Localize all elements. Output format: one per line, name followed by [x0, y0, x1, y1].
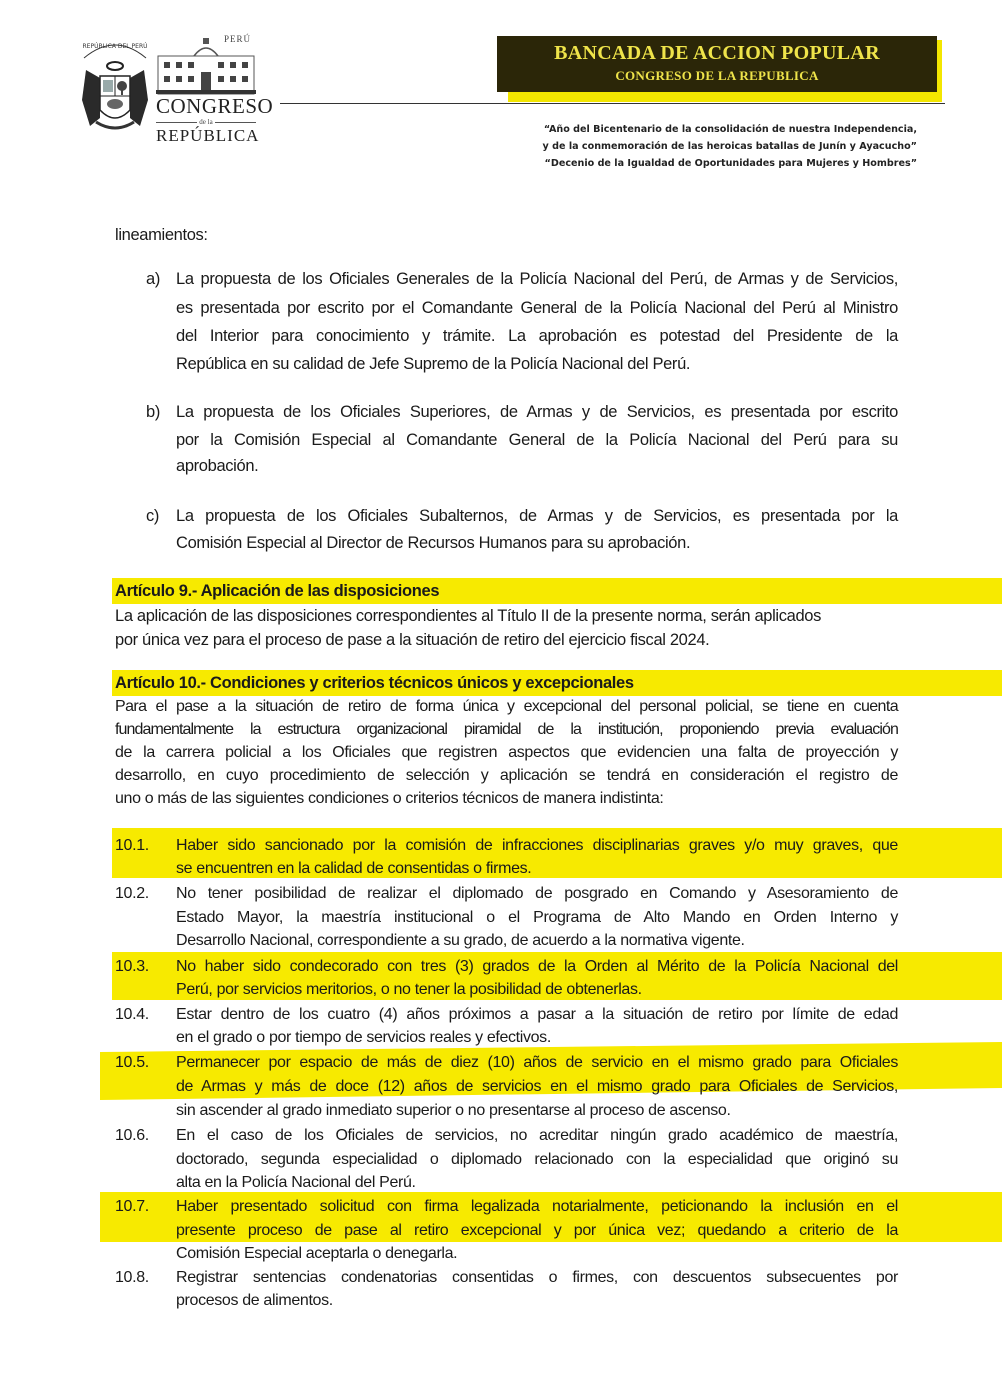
criterion-10-2-line: Estado Mayor, la maestría institucional …	[176, 906, 898, 929]
item-a-line: es presentada por escrito por el Comanda…	[176, 295, 898, 321]
criterion-10-6-line: doctorado, segunda especialidad o diplom…	[176, 1148, 898, 1171]
article-10-heading: Artículo 10.- Condiciones y criterios té…	[115, 670, 634, 696]
criterion-10-7-line: Comisión Especial aceptarla o denegarla.	[176, 1242, 457, 1265]
item-label: c)	[146, 503, 159, 529]
peru-tag: PERÚ	[224, 34, 251, 44]
coat-of-arms-icon: REPÚBLICA DEL PERÚ	[76, 30, 154, 138]
criterion-label: 10.2.	[115, 882, 149, 905]
criterion-10-3-line: Perú, por servicios meritorios, o no ten…	[176, 978, 642, 1001]
item-b-line: por la Comisión Especial al Comandante G…	[176, 427, 898, 453]
criterion-label: 10.1.	[115, 834, 149, 857]
article-10-line: de la carrera policial a los Oficiales q…	[115, 741, 898, 764]
criterion-10-6-line: alta en la Policía Nacional del Perú.	[176, 1171, 416, 1194]
item-label: b)	[146, 399, 160, 425]
article-9-heading: Artículo 9.- Aplicación de las disposici…	[115, 578, 439, 604]
criterion-label: 10.8.	[115, 1266, 149, 1289]
criterion-10-4-line: Estar dentro de los cuatro (4) años próx…	[176, 1003, 898, 1026]
item-c-line: Comisión Especial al Director de Recurso…	[176, 530, 690, 556]
criterion-label: 10.5.	[115, 1051, 149, 1074]
item-label: a)	[146, 266, 160, 292]
article-9-line: por única vez para el proceso de pase a …	[115, 627, 709, 653]
article-10-line: fundamentalmente la estructura organizac…	[115, 718, 898, 741]
article-10-line: Para el pase a la situación de retiro de…	[115, 695, 898, 718]
banner-subtitle: CONGRESO DE LA REPUBLICA	[497, 68, 937, 84]
criterion-10-5-line: sin ascender al grado inmediato superior…	[176, 1099, 731, 1122]
criterion-10-2-line: No tener posibilidad de realizar el dipl…	[176, 882, 898, 905]
criterion-10-7-line: Haber presentado solicitud con firma leg…	[176, 1195, 898, 1218]
criterion-10-7-line: presente proceso de pase al retiro excep…	[176, 1219, 898, 1242]
de-la-text: de la	[156, 118, 256, 126]
criterion-10-5-line: Permanecer por espacio de más de diez (1…	[176, 1051, 898, 1074]
criterion-10-8-line: Registrar sentencias condenatorias conse…	[176, 1266, 898, 1289]
item-b-line: aprobación.	[176, 453, 258, 479]
criterion-10-1-line: se encuentren en la calidad de consentid…	[176, 857, 531, 880]
motto-line-2: y de la conmemoración de las heroicas ba…	[505, 141, 917, 152]
article-10-line: uno o más de las siguientes condiciones …	[115, 787, 664, 810]
item-b-line: La propuesta de los Oficiales Superiores…	[176, 399, 898, 425]
article-9-line: La aplicación de las disposiciones corre…	[115, 603, 821, 629]
header-rule	[280, 103, 945, 104]
congress-logo: REPÚBLICA DEL PERÚ PERÚ CONGRESO de la R…	[76, 30, 266, 145]
item-a-line: La propuesta de los Oficiales Generales …	[176, 266, 898, 292]
item-a-line: del Interior para conocimiento y trámite…	[176, 323, 898, 349]
item-c-line: La propuesta de los Oficiales Subalterno…	[176, 503, 898, 529]
criterion-10-1-line: Haber sido sancionado por la comisión de…	[176, 834, 898, 857]
criterion-label: 10.4.	[115, 1003, 149, 1026]
svg-text:REPÚBLICA DEL PERÚ: REPÚBLICA DEL PERÚ	[82, 43, 147, 50]
motto-line-1: “Año del Bicentenario de la consolidació…	[505, 124, 917, 135]
criterion-10-8-line: procesos de alimentos.	[176, 1289, 333, 1312]
congress-building-icon	[156, 36, 256, 96]
congreso-wordmark: CONGRESO	[156, 94, 273, 119]
criterion-label: 10.3.	[115, 955, 149, 978]
motto-line-3: “Decenio de la Igualdad de Oportunidades…	[505, 158, 917, 169]
republica-wordmark: REPÚBLICA	[156, 126, 259, 146]
intro-text: lineamientos:	[115, 222, 208, 248]
criterion-10-3-line: No haber sido condecorado con tres (3) g…	[176, 955, 898, 978]
criterion-label: 10.6.	[115, 1124, 149, 1147]
criterion-10-5-line: de Armas y más de doce (12) años de serv…	[176, 1075, 898, 1098]
criterion-label: 10.7.	[115, 1195, 149, 1218]
criterion-10-6-line: En el caso de los Oficiales de servicios…	[176, 1124, 898, 1147]
item-a-line: República en su calidad de Jefe Supremo …	[176, 351, 690, 377]
banner-title: BANCADA DE ACCION POPULAR	[497, 42, 937, 65]
criterion-10-2-line: Desarrollo Nacional, correspondiente a s…	[176, 929, 745, 952]
article-10-line: desarrollo, en cuyo procedimiento de sel…	[115, 764, 898, 787]
